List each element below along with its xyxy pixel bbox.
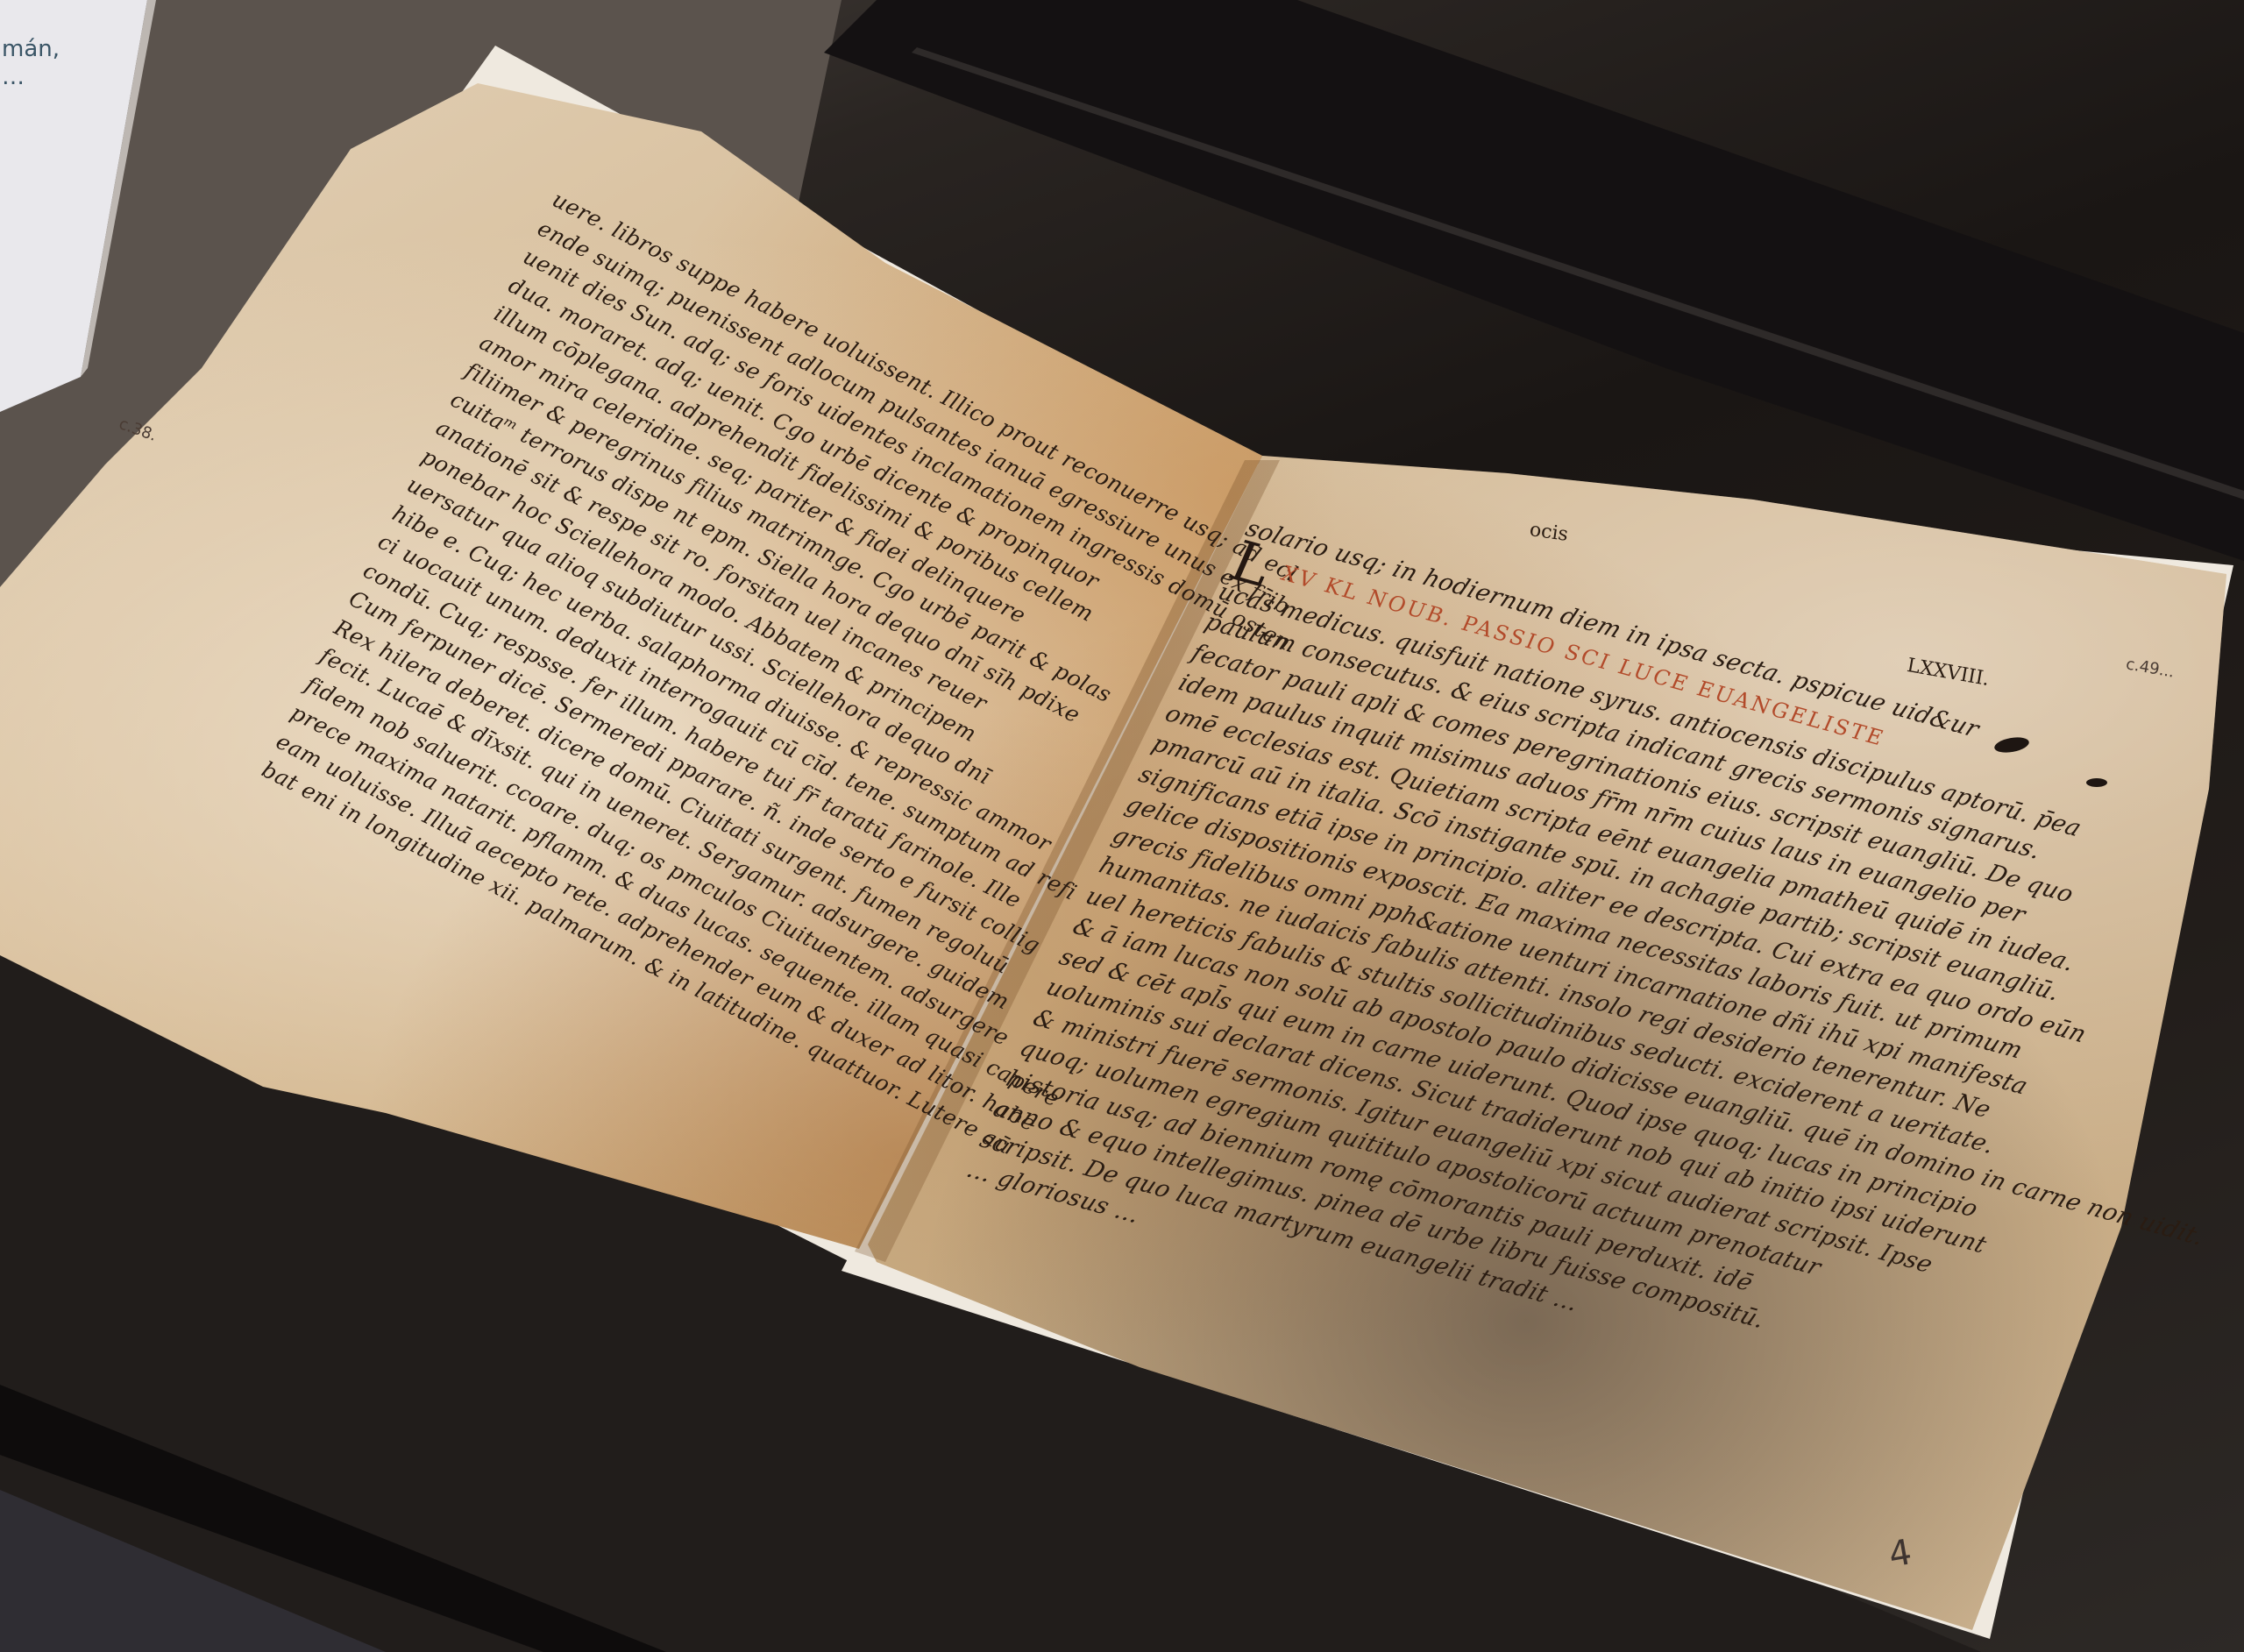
exhibit-placard-text: mán, … (2, 35, 60, 91)
ink-blot-mark (2086, 778, 2107, 787)
museum-display-scene: mán, … uere. libros suppe habere uoluiss… (0, 0, 2244, 1652)
